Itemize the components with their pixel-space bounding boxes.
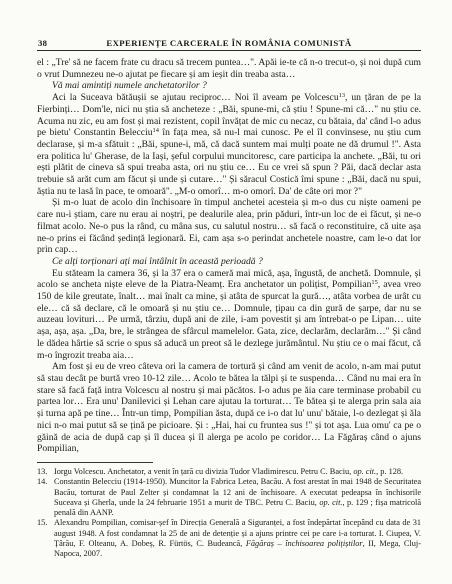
footnote-number: 14. (37, 477, 54, 487)
paragraph: el : „Tre' să ne facem frate cu dracu să… (37, 57, 421, 80)
page-number: 38 (38, 38, 47, 48)
footnote-number: 13. (37, 467, 54, 477)
page-content: 38 EXPERIENȚE CARCERALE ÎN ROMÂNIA COMUN… (37, 38, 421, 560)
paragraph: Aci la Suceava bătăușii se ajutau recipr… (37, 92, 421, 197)
footnote-ref: 13 (339, 92, 345, 99)
running-title: EXPERIENȚE CARCERALE ÎN ROMÂNIA COMUNIST… (37, 38, 421, 48)
footnote: 13.Iorgu Volcescu. Anchetator, a venit î… (37, 467, 421, 477)
footnote: 15.Alexandru Pompilian, comisar-șef în D… (37, 518, 421, 559)
header-rule (37, 50, 421, 51)
footnote-ref: 14 (153, 127, 159, 134)
footnote-number: 15. (37, 518, 54, 528)
paragraph: Și m-o luat de acolo din închisoare în t… (37, 197, 421, 256)
paragraph: Am fost și eu de vreo câteva ori la came… (37, 361, 421, 455)
body-text: el : „Tre' să ne facem frate cu dracu să… (37, 57, 421, 455)
page-header: 38 EXPERIENȚE CARCERALE ÎN ROMÂNIA COMUN… (37, 38, 421, 49)
footnote-ref: 15 (371, 279, 377, 286)
book-page: 38 EXPERIENȚE CARCERALE ÎN ROMÂNIA COMUN… (0, 0, 452, 584)
interview-question: Vă mai amintiți numele anchetatorilor ? (37, 80, 421, 92)
footnote-separator (37, 462, 153, 463)
paragraph: Eu stăteam la camera 36, și la 37 era o … (37, 268, 421, 362)
interview-question: Ce alți torționari ați mai întâlnit în a… (37, 256, 421, 268)
footnotes: 13.Iorgu Volcescu. Anchetator, a venit î… (37, 467, 421, 560)
footnote: 14.Constantin Belecciu (1914-1950). Munc… (37, 477, 421, 518)
